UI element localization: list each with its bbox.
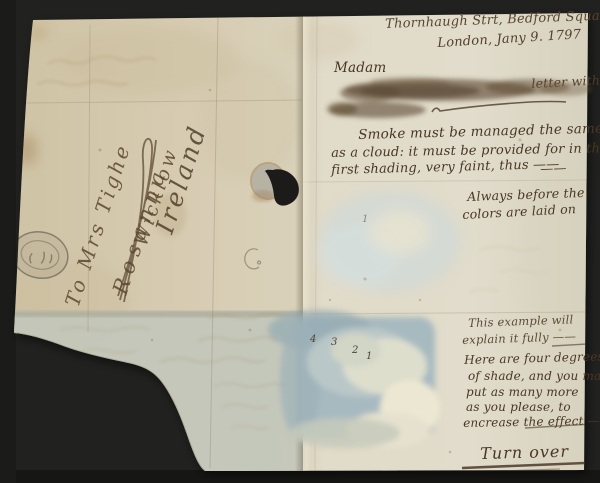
aside3-line-2: of shade, and you may: [468, 369, 600, 383]
aside3-line-5: encrease the effect —: [463, 414, 600, 430]
body-line-2: as a cloud: it must be provided for in t…: [331, 141, 600, 161]
extra-dash: ——: [540, 161, 567, 177]
letter-scan: Thornhaugh Strt, Bedford Square London, …: [0, 0, 600, 483]
aside2-line-2: explain it fully ——: [462, 329, 576, 347]
aside3-line-4: as you please, to: [466, 400, 571, 414]
aside3-line-1: Here are four degrees: [464, 349, 600, 367]
salutation: Madam: [334, 60, 386, 76]
aside1-line-2: colors are laid on: [462, 201, 576, 222]
cloud-number-4: 4: [310, 334, 316, 345]
cloud-number-1: 1: [366, 351, 372, 362]
cloud-number-2: 2: [352, 345, 358, 356]
cloud-number-3: 3: [331, 337, 337, 348]
handwritten-text-layer: Thornhaugh Strt, Bedford Square London, …: [0, 0, 600, 483]
body-line-1: Smoke must be managed the same: [358, 121, 600, 143]
turn-over-note: Turn over: [480, 442, 569, 463]
obscured-line-fragment: letter with: [531, 72, 600, 91]
aside3-line-3: put as many more: [466, 385, 579, 399]
faint-cloud-number: 1: [362, 214, 368, 225]
aside2-line-1: This example will: [468, 312, 574, 330]
heading-line-2: London, Jany 9. 1797: [437, 27, 582, 51]
